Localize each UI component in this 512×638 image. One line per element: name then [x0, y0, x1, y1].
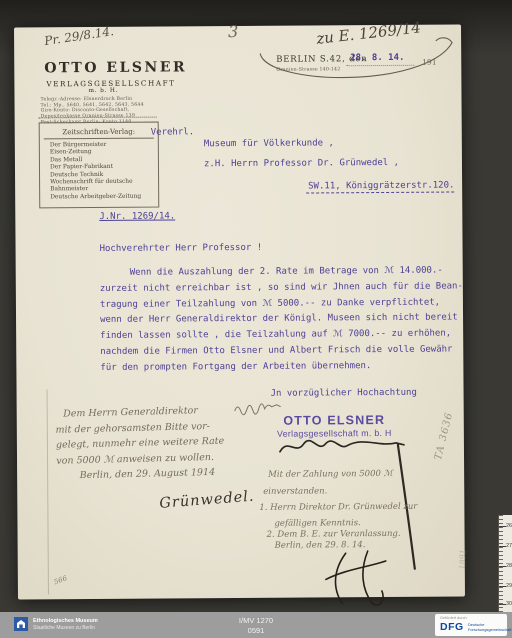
image-number: 0591 — [239, 626, 273, 636]
letterhead-company: OTTO ELSNER — [44, 59, 187, 76]
pencil-note-line: Mit der Zahlung von 5000 ℳ — [268, 469, 393, 480]
pencil-note-line: Berlin, den 29. 8. 14. — [275, 540, 366, 551]
pencil-note-line: einverstanden. — [263, 486, 327, 496]
address-underline — [306, 191, 454, 193]
paper-fold-line — [47, 389, 49, 594]
year-preprint: 191 — [422, 58, 436, 67]
journal-list-box: Zeitschriften-Verlag: Der Bürgermeister … — [39, 122, 160, 209]
ruler-tick — [499, 604, 506, 605]
reference-number: J.Nr. 1269/14. — [99, 210, 175, 223]
journal-item: Wochenschrift für deutsche Bahnmeister — [44, 179, 154, 195]
ruler-label: 26 — [499, 523, 512, 531]
recipient-institution: Museum für Völkerkunde , — [204, 137, 334, 150]
ruler-label: 30 — [499, 601, 512, 609]
ruler-tick — [499, 526, 506, 527]
pencil-note-line: 2. Dem B. E. zur Veranlassung. — [267, 529, 401, 540]
ruler-tick — [499, 566, 506, 567]
funder-name-line: Forschungsgemeinschaft — [468, 628, 511, 633]
recipient-address: SW.11, Königgrätzerstr.120. — [308, 179, 454, 192]
journal-box-title: Zeitschriften-Verlag: — [44, 128, 154, 140]
registry-note-top-right: zu E. 1269/14 — [315, 18, 421, 48]
pencil-note-line: gefälligen Kenntnis. — [274, 518, 360, 529]
pencil-note-line: Berlin, den 29. August 1914 — [57, 465, 226, 485]
letter-closing: Jn vorzüglicher Hochachtung — [271, 387, 417, 400]
ruler-number: 29 — [506, 583, 512, 589]
typed-date: 28. 8. 14. — [350, 52, 404, 64]
funder-chip: Gefördert durch DFG Deutsche Forschungsg… — [435, 614, 507, 636]
funder-name: Deutsche Forschungsgemeinschaft — [468, 623, 511, 632]
stamp-line1: OTTO ELSNER — [267, 413, 402, 428]
catalog-footer-bar: Ethnologisches Museum Staatliche Museen … — [0, 612, 512, 638]
ruler-label: 28 — [499, 563, 512, 571]
archival-note-top-left: Pr. 29/8.14. — [43, 24, 114, 48]
ruler-label: 29 — [499, 583, 512, 591]
ruler-tick — [499, 586, 506, 587]
pencil-note-left: Dem Herrn Generaldirektor mit der gehors… — [55, 403, 225, 485]
ruler-number: 28 — [506, 563, 512, 569]
ruler-number: 27 — [506, 543, 512, 549]
approval-signature-ink — [316, 547, 401, 610]
catalog-id-block: I/MV 1270 0591 — [239, 616, 273, 635]
page-number-note: 3 — [228, 22, 238, 41]
company-stamp: OTTO ELSNER Verlagsgesellschaft m. b. H — [267, 413, 402, 439]
date-ruled-line — [346, 65, 414, 66]
stamp-line2: Verlagsgesellschaft m. b. H — [267, 428, 402, 439]
museum-name: Ethnologisches Museum — [33, 618, 98, 624]
bottom-left-number: 566 — [53, 574, 68, 586]
museum-subtitle: Staatliche Museen zu Berlin — [33, 625, 95, 631]
archival-number-vertical: TA 3636 — [433, 411, 455, 461]
dfg-logo: DFG — [440, 621, 464, 633]
ruler-number: 26 — [506, 523, 512, 529]
ruler-label: 27 — [499, 543, 512, 551]
funding-label: Gefördert durch — [440, 616, 467, 620]
letter-paper: Pr. 29/8.14. 3 zu E. 1269/14 OTTO ELSNER… — [14, 24, 465, 599]
body-line: für den prompten Fortgang der Arbeiten ü… — [100, 359, 480, 377]
ruler-number: 30 — [506, 601, 512, 607]
journal-item: Deutsche Arbeitgeber-Zeitung — [44, 193, 154, 201]
ruler-tick — [499, 546, 506, 547]
object-id: I/MV 1270 — [239, 616, 273, 626]
recipient-person: z.H. Herrn Professor Dr. Grünwedel , — [204, 157, 399, 170]
faint-margin-number: 1891 — [458, 549, 468, 570]
document-scan: Pr. 29/8.14. 3 zu E. 1269/14 OTTO ELSNER… — [0, 0, 512, 638]
recipient-salutation-prefix: Verehrl. — [151, 126, 194, 138]
pencil-note-line: 1. Herrn Direktor Dr. Grünwedel zur — [259, 502, 417, 513]
museum-logo-icon — [14, 617, 28, 631]
letter-salutation: Hochverehrter Herr Professor ! — [100, 242, 263, 255]
letterhead-street-line: Oranien-Strasse 140-142 — [276, 67, 340, 73]
measuring-ruler: 26 27 28 29 30 — [498, 515, 512, 612]
letter-body: Wenn die Auszahlung der 2. Rate im Betra… — [100, 264, 481, 377]
gruenwedel-signature: Grünwedel. — [159, 489, 255, 512]
letterhead-company-type2: m. b. H. — [44, 88, 162, 95]
